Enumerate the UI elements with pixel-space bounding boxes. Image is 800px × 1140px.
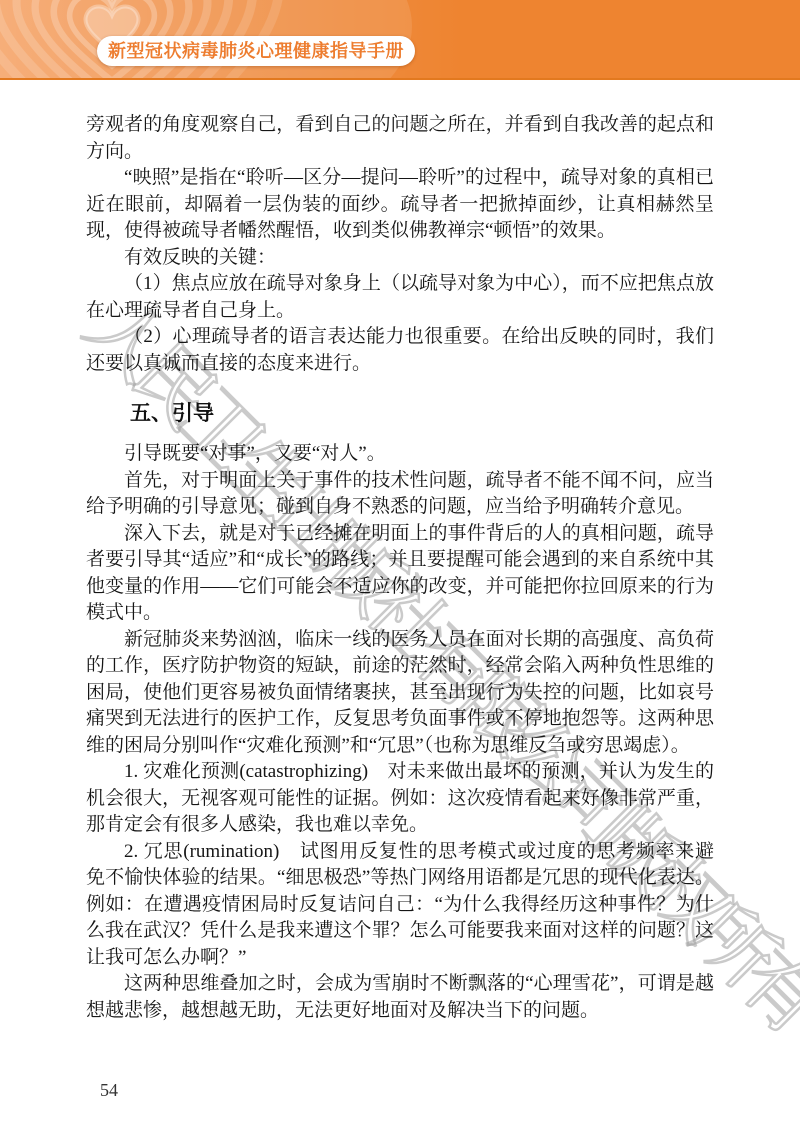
body-paragraph: 2. 冗思(rumination) 试图用反复性的思考模式或过度的思考频率来避免…: [86, 839, 714, 972]
book-title-badge: 新型冠状病毒肺炎心理健康指导手册: [97, 36, 415, 66]
page-header: 新型冠状病毒肺炎心理健康指导手册: [0, 0, 800, 80]
body-paragraph: 首先，对于明面上关于事件的技术性问题，疏导者不能不闻不问，应当给予明确的引导意见…: [86, 468, 714, 521]
body-paragraph: （2）心理疏导者的语言表达能力也很重要。在给出反映的同时，我们还要以真诚而直接的…: [86, 324, 714, 377]
body-paragraph: 1. 灾难化预测(catastrophizing) 对未来做出最坏的预测，并认为…: [86, 759, 714, 839]
body-paragraph: 这两种思维叠加之时，会成为雪崩时不断飘落的“心理雪花”，可谓是越想越悲惨，越想越…: [86, 971, 714, 1024]
book-page: 人民卫生出版社有限公司版权所有 新型冠状病毒肺炎心理健康指导手册 旁观者的角度观: [0, 0, 800, 1140]
body-paragraph: “映照”是指在“聆听—区分—提问—聆听”的过程中，疏导对象的真相已近在眼前，却隔…: [86, 165, 714, 245]
body-paragraph: 深入下去，就是对于已经摊在明面上的事件背后的人的真相问题，疏导者要引导其“适应”…: [86, 521, 714, 627]
book-title-text: 新型冠状病毒肺炎心理健康指导手册: [108, 41, 404, 61]
body-paragraph: （1）焦点应放在疏导对象身上（以疏导对象为中心），而不应把焦点放在心理疏导者自己…: [86, 271, 714, 324]
body-paragraph: 引导既要“对事”，又要“对人”。: [86, 441, 714, 468]
body-paragraph: 旁观者的角度观察自己，看到自己的问题之所在，并看到自我改善的起点和方向。: [86, 112, 714, 165]
page-content: 旁观者的角度观察自己，看到自己的问题之所在，并看到自我改善的起点和方向。 “映照…: [0, 78, 800, 1024]
page-number: 54: [100, 1080, 118, 1101]
section-heading: 五、引导: [130, 397, 714, 427]
body-paragraph: 新冠肺炎来势汹汹，临床一线的医务人员在面对长期的高强度、高负荷的工作，医疗防护物…: [86, 627, 714, 760]
body-paragraph: 有效反映的关键：: [86, 245, 714, 272]
